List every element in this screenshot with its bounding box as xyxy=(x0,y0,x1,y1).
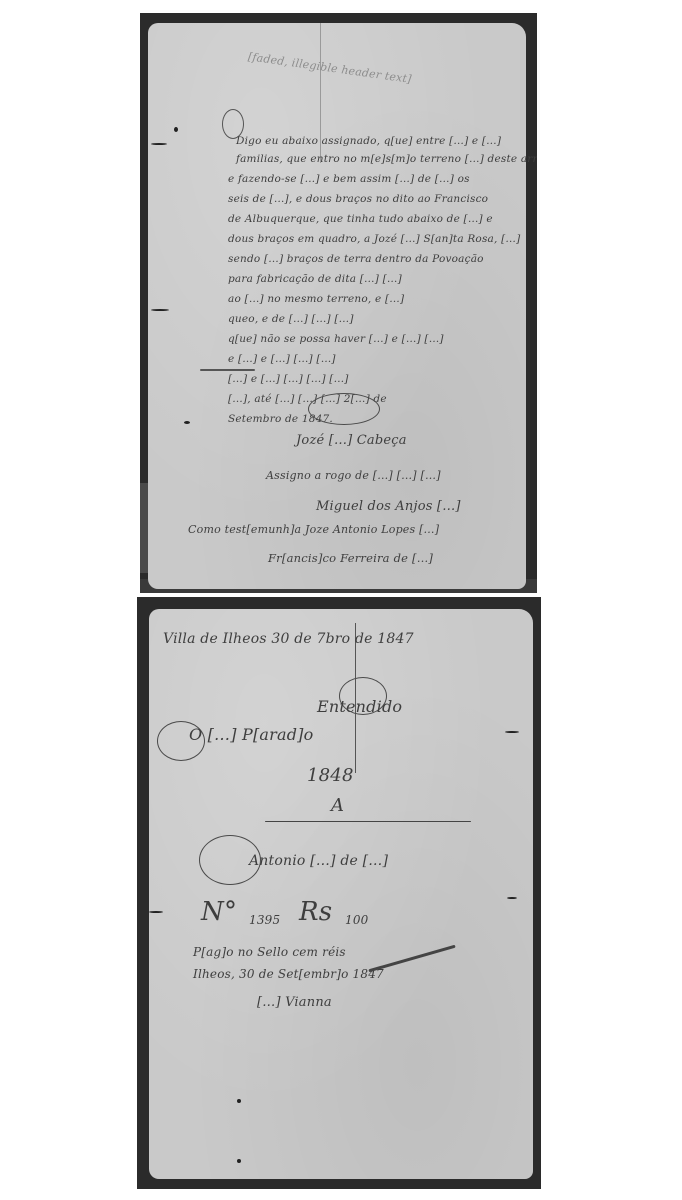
signature-main: Jozé […] Cabeça xyxy=(296,433,407,448)
body-line-12: e […] e […] […] […] xyxy=(228,353,336,365)
body-line-8: para fabricação de dita […] […] xyxy=(228,273,402,285)
body-line-3: e fazendo-se […] e bem assim […] de […] … xyxy=(228,173,470,185)
paper-sheet: Villa de Ilheos 30 de 7bro de 1847 Enten… xyxy=(149,609,533,1179)
signature-flourish-stroke xyxy=(368,945,455,973)
paper-damage xyxy=(507,897,517,899)
paper-damage xyxy=(184,421,190,424)
stamp-value-label: Rs xyxy=(299,897,332,927)
paper-damage xyxy=(505,731,519,733)
paper-damage xyxy=(237,1099,241,1103)
body-line-11: q[ue] não se possa haver […] e […] […] xyxy=(228,333,444,345)
witness-line: Assigno a rogo de […] […] […] xyxy=(266,469,441,482)
addressee: O […] P[arad]o xyxy=(189,725,313,744)
stamp-number-label: N° xyxy=(201,897,237,927)
entendido-note: Entendido xyxy=(317,697,402,716)
paper-damage xyxy=(174,127,178,132)
faded-header: [faded, illegible header text] xyxy=(247,51,412,86)
body-line-9: ao […] no mesmo terreno, e […] xyxy=(228,293,404,305)
place-date: Villa de Ilheos 30 de 7bro de 1847 xyxy=(163,631,414,647)
year-number: 1848 xyxy=(307,765,354,786)
paid-line: P[ag]o no Sello cem réis xyxy=(193,945,346,959)
stamp-number: 1395 xyxy=(249,913,280,927)
paper-damage xyxy=(149,911,163,913)
stamp-value: 100 xyxy=(345,913,369,927)
official-signature: […] Vianna xyxy=(257,995,332,1010)
body-line-4: seis de […], e dous braços no dito ao Fr… xyxy=(228,193,488,205)
ink-blot xyxy=(200,369,255,371)
paper-damage xyxy=(151,143,167,145)
paper-damage xyxy=(237,1159,241,1163)
witness-name: Miguel dos Anjos […] xyxy=(316,499,461,514)
manuscript-page-top: [faded, illegible header text] Digo eu a… xyxy=(140,13,537,593)
testemunha-line: Como test[emunh]a Joze Antonio Lopes […] xyxy=(188,523,439,536)
manuscript-page-bottom: Villa de Ilheos 30 de 7bro de 1847 Enten… xyxy=(137,597,541,1189)
paid-date-line: Ilheos, 30 de Set[embr]o 1847 xyxy=(193,967,384,981)
body-line-2: familias, que entro no m[e]s[m]o terreno… xyxy=(236,153,537,165)
body-line-5: de Albuquerque, que tinha tudo abaixo de… xyxy=(228,213,493,225)
body-line-10: queo, e de […] […] […] xyxy=(228,313,354,325)
underline-rule xyxy=(265,821,471,822)
paper-damage xyxy=(151,309,169,311)
date-flourish xyxy=(308,393,380,425)
body-line-6: dous braços em quadro, a Jozé […] S[an]t… xyxy=(228,233,520,245)
body-line-13: […] e […] […] […] […] xyxy=(228,373,349,385)
body-line-7: sendo […] braços de terra dentro da Povo… xyxy=(228,253,484,265)
section-letter: A xyxy=(331,795,344,816)
body-line-1: Digo eu abaixo assignado, q[ue] entre […… xyxy=(236,135,501,147)
recipient-name: Antonio […] de […] xyxy=(249,853,388,869)
paper-sheet: [faded, illegible header text] Digo eu a… xyxy=(148,23,526,589)
closing-line: Fr[ancis]co Ferreira de […] xyxy=(268,551,433,565)
